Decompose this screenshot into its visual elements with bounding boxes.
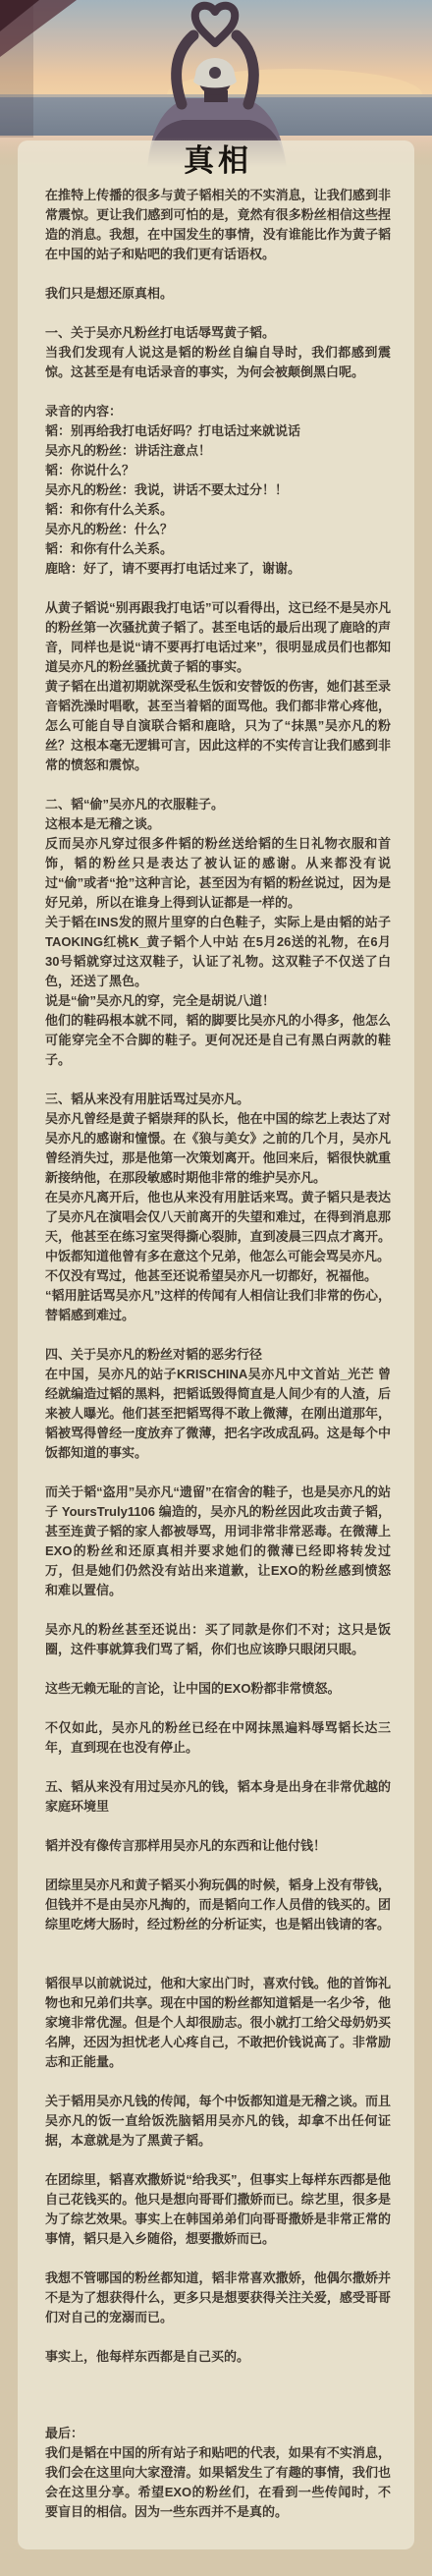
paragraph: 他们的鞋码根本就不同，韬的脚要比吴亦凡的小得多，他怎么可能穿完全不合脚的鞋子。更… <box>45 1011 391 1070</box>
paragraph: 从黄子韬说“别再跟我打电话”可以看得出，这已经不是吴亦凡的粉丝第一次骚扰黄子韬了… <box>45 598 391 677</box>
dialogue-line: 吴亦凡的粉丝：我说，讲话不要太过分！！ <box>45 480 391 500</box>
section-heading: 四、关于吴亦凡的粉丝对韬的恶劣行径 <box>45 1345 391 1365</box>
section-heading: 二、韬“偷”吴亦凡的衣服鞋子。 <box>45 795 391 814</box>
post-page: 真相 在推特上传播的很多与黄子韬相关的不实消息，让我们感到非常震惊。更让我们感到… <box>0 0 432 2576</box>
dialogue-line: 吴亦凡的粉丝：讲话注意点！ <box>45 441 391 461</box>
dialogue-line: 韬：你说什么？ <box>45 461 391 480</box>
dialogue-line: 吴亦凡的粉丝：什么？ <box>45 520 391 539</box>
paragraph: 我想不管哪国的粉丝都知道，韬非常喜欢撒娇，他偶尔撒娇并不是为了想获得什么，更多只… <box>45 2268 391 2327</box>
dialogue-line: 韬：和你有什么关系。 <box>45 539 391 559</box>
section-heading: 三、韬从来没有用脏话骂过吴亦凡。 <box>45 1090 391 1109</box>
paragraph: 团综里吴亦凡和黄子韬买小狗玩偶的时候，韬身上没有带钱，但钱并不是由吴亦凡掏的，而… <box>45 1876 391 1934</box>
paragraph: 在中国，吴亦凡的站子KRISCHINA吴亦凡中文首站_光芒 曾经就编造过韬的黑料… <box>45 1365 391 1463</box>
paragraph: 录音的内容： <box>45 402 391 421</box>
paragraph: 而关于韬“盗用”吴亦凡“遗留”在宿舍的鞋子，也是吴亦凡的站子 YoursTrul… <box>45 1483 391 1600</box>
paragraph: 韬并没有像传言那样用吴亦凡的东西和让他付钱！ <box>45 1836 391 1856</box>
paragraph: 吴亦凡的粉丝甚至还说出：买了同款是你们不对；这只是饭圈，这件事就算我们骂了韬，你… <box>45 1620 391 1659</box>
paragraph: 关于韬在INS发的照片里穿的白色鞋子，实际上是由韬的站子TAOKING红桃K_黄… <box>45 913 391 991</box>
dialogue-line: 韬：和你有什么关系。 <box>45 500 391 520</box>
page-title: 真相 <box>45 144 391 178</box>
paragraph: 我们是韬在中国的所有站子和贴吧的代表，如果有不实消息，我们会在这里向大家澄清。如… <box>45 2443 391 2522</box>
paragraph: 在吴亦凡离开后，他也从来没有用脏话来骂。黄子韬只是表达了吴亦凡在演唱会仅八天前离… <box>45 1188 391 1266</box>
section-heading: 一、关于吴亦凡粉丝打电话辱骂黄子韬。 <box>45 323 391 343</box>
content-card: 真相 在推特上传播的很多与黄子韬相关的不实消息，让我们感到非常震惊。更让我们感到… <box>18 140 414 2549</box>
paragraph: 事实上，他每样东西都是自己买的。 <box>45 2347 391 2367</box>
paragraph: 在推特上传播的很多与黄子韬相关的不实消息，让我们感到非常震惊。更让我们感到可怕的… <box>45 186 391 264</box>
paragraph: 不仅没有骂过，他甚至还说希望吴亦凡一切都好，祝福他。 <box>45 1266 391 1286</box>
paragraph: “韬用脏话骂吴亦凡”这样的传闻有人相信让我们非常的伤心，替韬感到难过。 <box>45 1286 391 1325</box>
paragraph: 反而吴亦凡穿过很多件韬的粉丝送给韬的生日礼物衣服和首饰，韬的粉丝只是表达了被认证… <box>45 834 391 913</box>
paragraph: 当我们发现有人说这是韬的粉丝自编自导时，我们都感到震惊。这甚至是有电话录音的事实… <box>45 343 391 382</box>
paragraph: 黄子韬在出道初期就深受私生饭和安替饭的伤害，她们甚至录音韬洗澡时唱歌，甚至当着韬… <box>45 677 391 775</box>
paragraph: 在团综里，韬喜欢撒娇说“给我买”，但事实上每样东西都是他自己花钱买的。他只是想向… <box>45 2170 391 2249</box>
paragraph: 韬很早以前就说过，他和大家出门时，喜欢付钱。他的首饰礼物也和兄弟们共享。现在中国… <box>45 1974 391 2072</box>
paragraph: 这根本是无稽之谈。 <box>45 814 391 834</box>
paragraph: 关于韬用吴亦凡钱的传闻，每个中饭都知道是无稽之谈。而且吴亦凡的饭一直给饭洗脑韬用… <box>45 2092 391 2151</box>
paragraph: 说是“偷”吴亦凡的穿，完全是胡说八道！ <box>45 991 391 1011</box>
paragraph: 这些无赖无耻的言论，让中国的EXO粉都非常愤怒。 <box>45 1679 391 1699</box>
dialogue-line: 鹿晗：好了，请不要再打电话过来了，谢谢。 <box>45 559 391 579</box>
paragraph: 我们只是想还原真相。 <box>45 284 391 304</box>
paragraph: 不仅如此，吴亦凡的粉丝已经在中网抹黑遍料辱骂韬长达三年，直到现在也没有停止。 <box>45 1718 391 1758</box>
section-heading: 最后： <box>45 2424 391 2443</box>
section-heading: 五、韬从来没有用过吴亦凡的钱，韬本身是出身在非常优越的家庭环境里 <box>45 1777 391 1817</box>
paragraph: 吴亦凡曾经是黄子韬崇拜的队长，他在中国的综艺上表达了对吴亦凡的感谢和憧憬。在《狼… <box>45 1109 391 1188</box>
dialogue-line: 韬：别再给我打电话好吗？打电话过来就说话 <box>45 421 391 441</box>
article-content: 在推特上传播的很多与黄子韬相关的不实消息，让我们感到非常震惊。更让我们感到可怕的… <box>45 186 391 2522</box>
